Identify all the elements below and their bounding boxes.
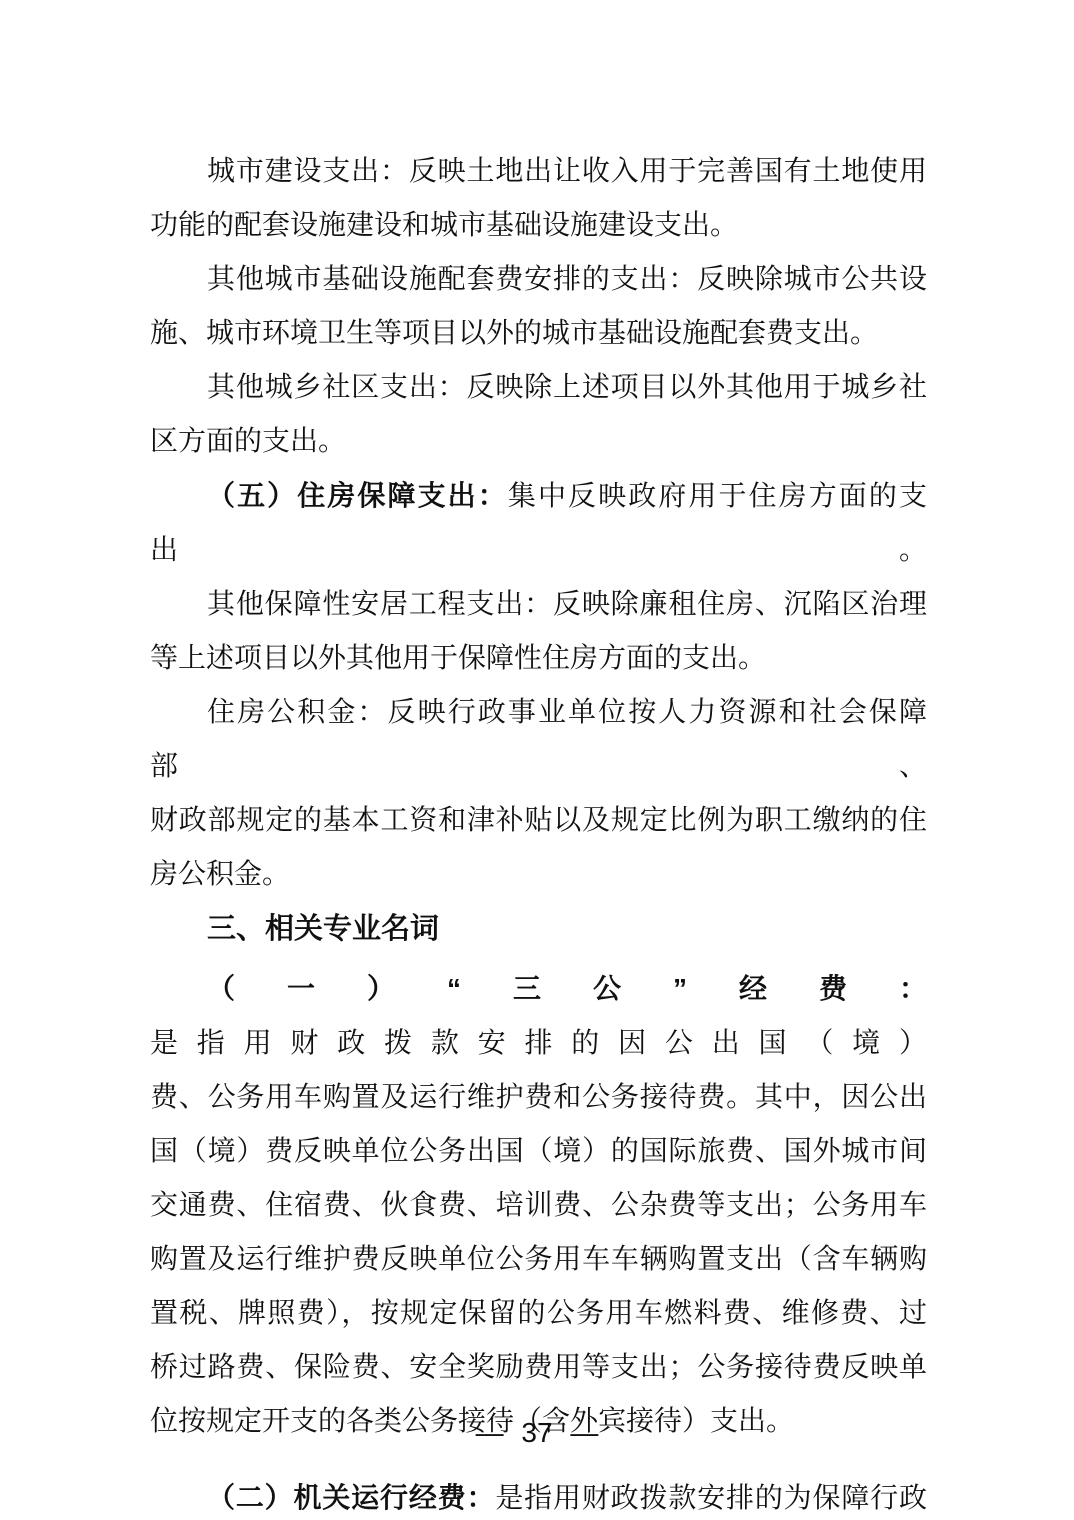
text-line: 功能的配套设施建设和城市基础设施建设支出。 — [150, 199, 927, 253]
text-line: 其他城市基础设施配套费安排的支出：反映除城市公共设 — [150, 253, 927, 307]
text-line: 房公积金。 — [150, 848, 927, 902]
heading-line: 三、相关专业名词 — [150, 902, 927, 956]
line-text: 区方面的支出。 — [150, 426, 346, 457]
text-line: 等上述项目以外其他用于保障性住房方面的支出。 — [150, 632, 927, 686]
text-line: 财政部规定的基本工资和津补贴以及规定比例为职工缴纳的住 — [150, 794, 927, 848]
line-text: 施、城市环境卫生等项目以外的城市基础设施配套费支出。 — [150, 318, 878, 349]
line-lead-bold: （一）“三公”经费： — [207, 973, 927, 1004]
text-line: 交通费、住宿费、伙食费、培训费、公杂费等支出；公务用车 — [150, 1179, 927, 1233]
text-line: 国（境）费反映单位公务出国（境）的国际旅费、国外城市间 — [150, 1125, 927, 1179]
line-text: 购置及运行维护费反映单位公务用车车辆购置支出（含车辆购 — [150, 1244, 927, 1275]
line-text: 其他保障性安居工程支出：反映除廉租住房、沉陷区治理 — [207, 589, 927, 620]
text-line: 施、城市环境卫生等项目以外的城市基础设施配套费支出。 — [150, 307, 927, 361]
line-text: 功能的配套设施建设和城市基础设施建设支出。 — [150, 210, 738, 241]
text-line: 桥过路费、保险费、安全奖励费用等支出；公务接待费反映单 — [150, 1341, 927, 1395]
paragraph: （一）“三公”经费：是指用财政拨款安排的因公出国（境） 费、公务用车购置及运行维… — [150, 962, 927, 1449]
text-line: 购置及运行维护费反映单位公务用车车辆购置支出（含车辆购 — [150, 1233, 927, 1287]
line-text: 等上述项目以外其他用于保障性住房方面的支出。 — [150, 643, 766, 674]
line-text: 是指用财政拨款安排的因公出国（境） — [150, 1028, 927, 1059]
page-number: — 37 — — [0, 1406, 1074, 1460]
text-line: 区方面的支出。 — [150, 415, 927, 469]
line-text: 费、公务用车购置及运行维护费和公务接待费。其中，因公出 — [150, 1082, 927, 1113]
line-text: 国（境）费反映单位公务出国（境）的国际旅费、国外城市间 — [150, 1136, 927, 1167]
text-line: 费、公务用车购置及运行维护费和公务接待费。其中，因公出 — [150, 1071, 927, 1125]
line-text: 房公积金。 — [150, 859, 290, 890]
line-text: 其他城乡社区支出：反映除上述项目以外其他用于城乡社 — [207, 372, 927, 403]
text-line: 置税、牌照费），按规定保留的公务用车燃料费、维修费、过 — [150, 1287, 927, 1341]
text-block: 城市建设支出：反映土地出让收入用于完善国有土地使用 功能的配套设施建设和城市基础… — [150, 145, 927, 1520]
text-line: 其他保障性安居工程支出：反映除廉租住房、沉陷区治理 — [150, 578, 927, 632]
line-text: 是指用财政拨款安排的为保障行政 — [495, 1483, 927, 1514]
text-line: 其他城乡社区支出：反映除上述项目以外其他用于城乡社 — [150, 361, 927, 415]
line-text: 桥过路费、保险费、安全奖励费用等支出；公务接待费反映单 — [150, 1352, 927, 1383]
line-text: 财政部规定的基本工资和津补贴以及规定比例为职工缴纳的住 — [150, 805, 927, 836]
line-lead-bold: （二）机关运行经费： — [207, 1482, 495, 1513]
paragraph: 其他城市基础设施配套费安排的支出：反映除城市公共设 施、城市环境卫生等项目以外的… — [150, 253, 927, 361]
paragraph: （二）机关运行经费：是指用财政拨款安排的为保障行政 — [150, 1471, 927, 1520]
paragraph: 住房公积金：反映行政事业单位按人力资源和社会保障部、 财政部规定的基本工资和津补… — [150, 686, 927, 902]
paragraph: 其他保障性安居工程支出：反映除廉租住房、沉陷区治理 等上述项目以外其他用于保障性… — [150, 578, 927, 686]
line-text: 住房公积金：反映行政事业单位按人力资源和社会保障部、 — [150, 697, 927, 782]
text-line: （五）住房保障支出：集中反映政府用于住房方面的支出。 — [150, 469, 927, 578]
line-lead-bold: （五）住房保障支出： — [207, 480, 508, 511]
line-text: 置税、牌照费），按规定保留的公务用车燃料费、维修费、过 — [150, 1298, 927, 1329]
text-line: 住房公积金：反映行政事业单位按人力资源和社会保障部、 — [150, 686, 927, 794]
line-text: 城市建设支出：反映土地出让收入用于完善国有土地使用 — [207, 156, 927, 187]
document-page: 城市建设支出：反映土地出让收入用于完善国有土地使用 功能的配套设施建设和城市基础… — [0, 0, 1074, 1520]
line-text: 其他城市基础设施配套费安排的支出：反映除城市公共设 — [207, 264, 927, 295]
line-text: 交通费、住宿费、伙食费、培训费、公杂费等支出；公务用车 — [150, 1190, 927, 1221]
paragraph: 城市建设支出：反映土地出让收入用于完善国有土地使用 功能的配套设施建设和城市基础… — [150, 145, 927, 253]
paragraph: 其他城乡社区支出：反映除上述项目以外其他用于城乡社 区方面的支出。 — [150, 361, 927, 469]
text-line: （一）“三公”经费：是指用财政拨款安排的因公出国（境） — [150, 962, 927, 1071]
paragraph: （五）住房保障支出：集中反映政府用于住房方面的支出。 — [150, 469, 927, 578]
text-line: 城市建设支出：反映土地出让收入用于完善国有土地使用 — [150, 145, 927, 199]
text-line: （二）机关运行经费：是指用财政拨款安排的为保障行政 — [150, 1471, 927, 1520]
heading-text: 三、相关专业名词 — [207, 913, 439, 945]
section-heading: 三、相关专业名词 — [150, 902, 927, 956]
